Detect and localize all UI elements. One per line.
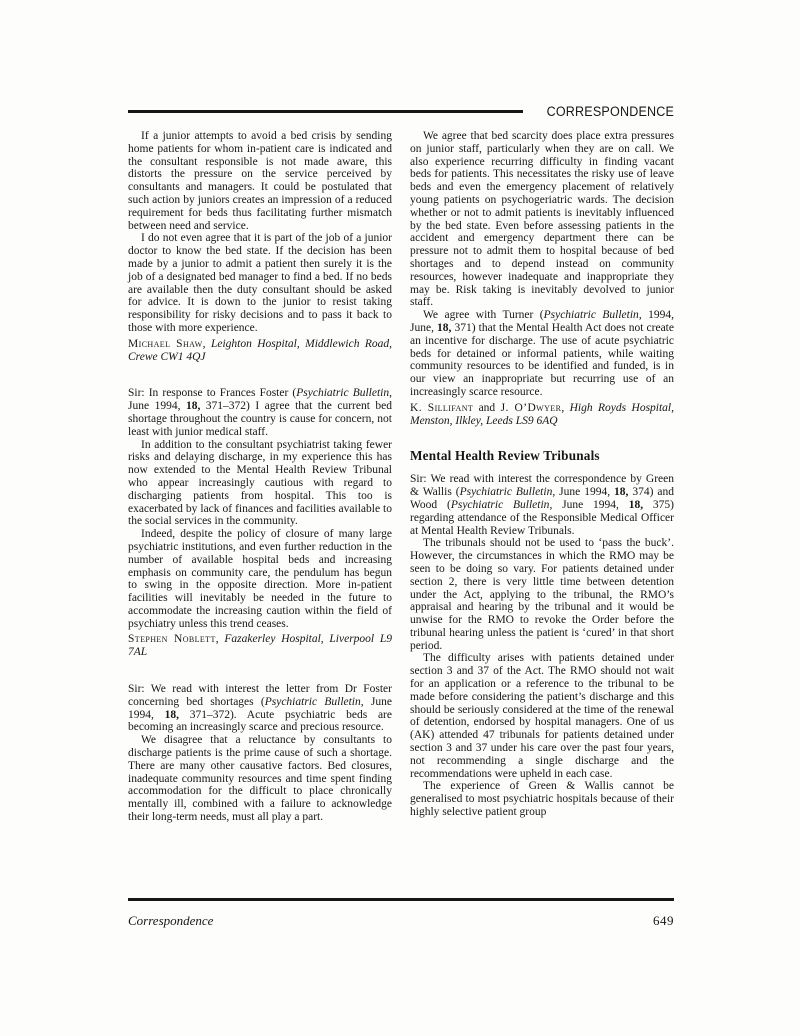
letter-signature: Stephen Noblett, Fazakerley Hospital, Li… (128, 633, 392, 659)
text-run: J. O’Dwyer (501, 402, 562, 414)
text-run: Sir: In response to Frances Foster ( (128, 387, 296, 399)
text-run: 18, (629, 499, 643, 511)
text-run: Psychiatric Bulletin (544, 309, 639, 321)
two-column-layout: If a junior attempts to avoid a bed cris… (128, 130, 674, 824)
letter-paragraph: We agree that bed scarcity does place ex… (410, 130, 674, 309)
letter-paragraph: In addition to the consultant psychiatri… (128, 439, 392, 529)
letter-paragraph: Indeed, despite the policy of closure of… (128, 528, 392, 630)
text-run: We disagree that a reluctance by consult… (128, 734, 392, 823)
text-run: In addition to the consultant psychiatri… (128, 439, 392, 528)
page-number: 649 (653, 913, 674, 929)
text-run: We agree with Turner ( (423, 309, 544, 321)
text-run: The tribunals should not be used to ‘pas… (410, 537, 674, 651)
footer-section-title: Correspondence (128, 913, 213, 929)
text-run: K. Sillifant (410, 402, 473, 414)
letter-paragraph: We agree with Turner (Psychiatric Bullet… (410, 309, 674, 399)
journal-page: CORRESPONDENCE If a junior attempts to a… (0, 0, 800, 1036)
text-run: If a junior attempts to avoid a bed cris… (128, 130, 392, 232)
section-heading: Mental Health Review Tribunals (410, 448, 674, 463)
text-run: Stephen Noblett (128, 633, 216, 645)
text-run: Psychiatric Bulletin (265, 696, 361, 708)
letter-paragraph: The tribunals should not be used to ‘pas… (410, 537, 674, 652)
right-column: We agree that bed scarcity does place ex… (410, 130, 674, 824)
letter-paragraph: Sir: We read with interest the correspon… (410, 473, 674, 537)
text-run: Michael Shaw (128, 338, 203, 350)
letter-paragraph: Sir: We read with interest the letter fr… (128, 683, 392, 734)
text-run: and (473, 402, 500, 414)
text-run: Indeed, despite the policy of closure of… (128, 528, 392, 630)
header-rule (128, 110, 523, 113)
running-head: CORRESPONDENCE (547, 104, 674, 119)
text-run: I do not even agree that it is part of t… (128, 232, 392, 334)
text-run: 18, (186, 400, 200, 412)
text-run: The experience of Green & Wallis cannot … (410, 780, 674, 818)
footer-row: Correspondence 649 (128, 913, 674, 929)
text-run: The difficulty arises with patients deta… (410, 652, 674, 779)
text-run: , June 1994, (549, 499, 628, 511)
letter-signature: K. Sillifant and J. O’Dwyer, High Royds … (410, 402, 674, 428)
letter-paragraph: I do not even agree that it is part of t… (128, 232, 392, 334)
text-run: Psychiatric Bulletin (460, 486, 553, 498)
letter-signature: Michael Shaw, Leighton Hospital, Middlew… (128, 338, 392, 364)
text-run: , (203, 338, 211, 350)
text-run: 18, (437, 322, 451, 334)
text-run: Psychiatric Bulletin (451, 499, 550, 511)
letter-paragraph: If a junior attempts to avoid a bed cris… (128, 130, 392, 232)
letter-paragraph: We disagree that a reluctance by consult… (128, 734, 392, 824)
page-header: CORRESPONDENCE (128, 104, 674, 119)
text-run: We agree that bed scarcity does place ex… (410, 130, 674, 308)
letter-paragraph: The experience of Green & Wallis cannot … (410, 780, 674, 818)
page-footer: Correspondence 649 (128, 898, 674, 929)
text-run: 18, (165, 709, 179, 721)
left-column: If a junior attempts to avoid a bed cris… (128, 130, 392, 824)
footer-rule (128, 898, 674, 901)
text-run: 18, (614, 486, 628, 498)
text-run: , June 1994, (552, 486, 614, 498)
text-run: Psychiatric Bulletin (296, 387, 389, 399)
letter-paragraph: Sir: In response to Frances Foster (Psyc… (128, 387, 392, 438)
letter-paragraph: The difficulty arises with patients deta… (410, 652, 674, 780)
text-run: , (561, 402, 569, 414)
